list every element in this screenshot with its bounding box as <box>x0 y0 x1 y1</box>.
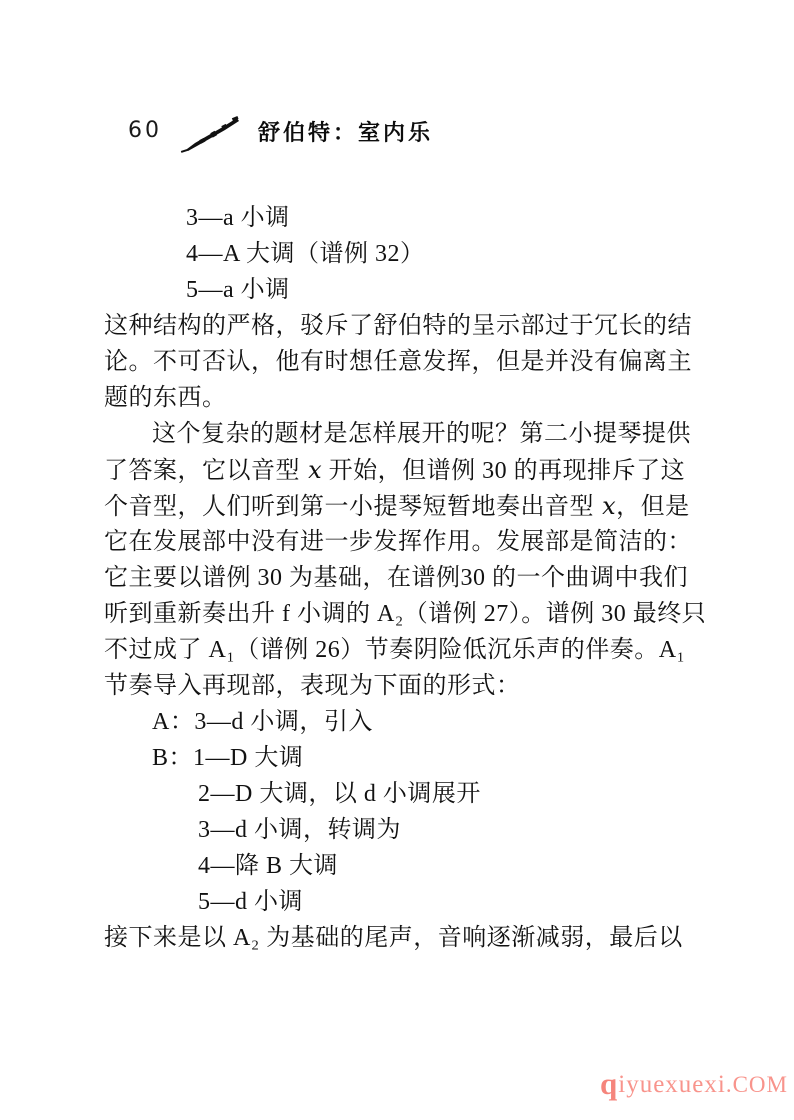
outline-item: 4—A 大调（谱例 32） <box>104 236 704 272</box>
page-number: 60 <box>128 118 162 143</box>
paragraph-line: 听到重新奏出升 f 小调的 A₂（谱例 27）。谱例 30 最终只 <box>104 596 704 632</box>
running-head-title: 舒伯特：室内乐 <box>258 116 433 147</box>
watermark-lead: q <box>600 1066 618 1101</box>
paragraph-line: 它主要以谱例 30 为基础，在谱例30 的一个曲调中我们 <box>104 560 704 596</box>
paragraph-line: 这种结构的严格，驳斥了舒伯特的呈示部过于冗长的结 <box>104 308 704 344</box>
outline-item: 3—d 小调，转调为 <box>104 812 704 848</box>
outline-item: A：3—d 小调，引入 <box>104 704 704 740</box>
paragraph-line: 题的东西。 <box>104 380 704 416</box>
watermark: qiyuexuexi.COM <box>600 1066 788 1102</box>
outline-item: 4—降 B 大调 <box>104 848 704 884</box>
paragraph-line: 它在发展部中没有进一步发挥作用。发展部是简洁的： <box>104 524 704 560</box>
outline-item: 3—a 小调 <box>104 200 704 236</box>
page-header: 60 舒伯特：室内乐 <box>128 110 688 158</box>
paragraph-line: 节奏导入再现部，表现为下面的形式： <box>104 668 704 704</box>
paragraph-line: 个音型，人们听到第一小提琴短暂地奏出音型 x，但是 <box>104 488 704 524</box>
quill-stroke-icon <box>180 112 242 156</box>
outline-item: B：1—D 大调 <box>104 740 704 776</box>
watermark-suffix: .COM <box>726 1072 788 1097</box>
outline-item: 5—d 小调 <box>104 884 704 920</box>
paragraph-line: 这个复杂的题材是怎样展开的呢？第二小提琴提供 <box>104 416 704 452</box>
page-body-text: 3—a 小调4—A 大调（谱例 32）5—a 小调这种结构的严格，驳斥了舒伯特的… <box>104 200 704 956</box>
book-page: 60 舒伯特：室内乐 3—a 小调4—A 大调（谱例 32）5—a 小调这种结构… <box>0 0 794 1120</box>
outline-item: 2—D 大调，以 d 小调展开 <box>104 776 704 812</box>
paragraph-line: 不过成了 A₁（谱例 26）节奏阴险低沉乐声的伴奏。A₁ <box>104 632 704 668</box>
paragraph-line: 了答案，它以音型 x 开始，但谱例 30 的再现排斥了这 <box>104 452 704 488</box>
outline-item: 5—a 小调 <box>104 272 704 308</box>
paragraph-line: 论。不可否认，他有时想任意发挥，但是并没有偏离主 <box>104 344 704 380</box>
paragraph-line: 接下来是以 A₂ 为基础的尾声，音响逐渐减弱，最后以 <box>104 920 704 956</box>
watermark-body: iyuexuexi <box>618 1071 726 1098</box>
